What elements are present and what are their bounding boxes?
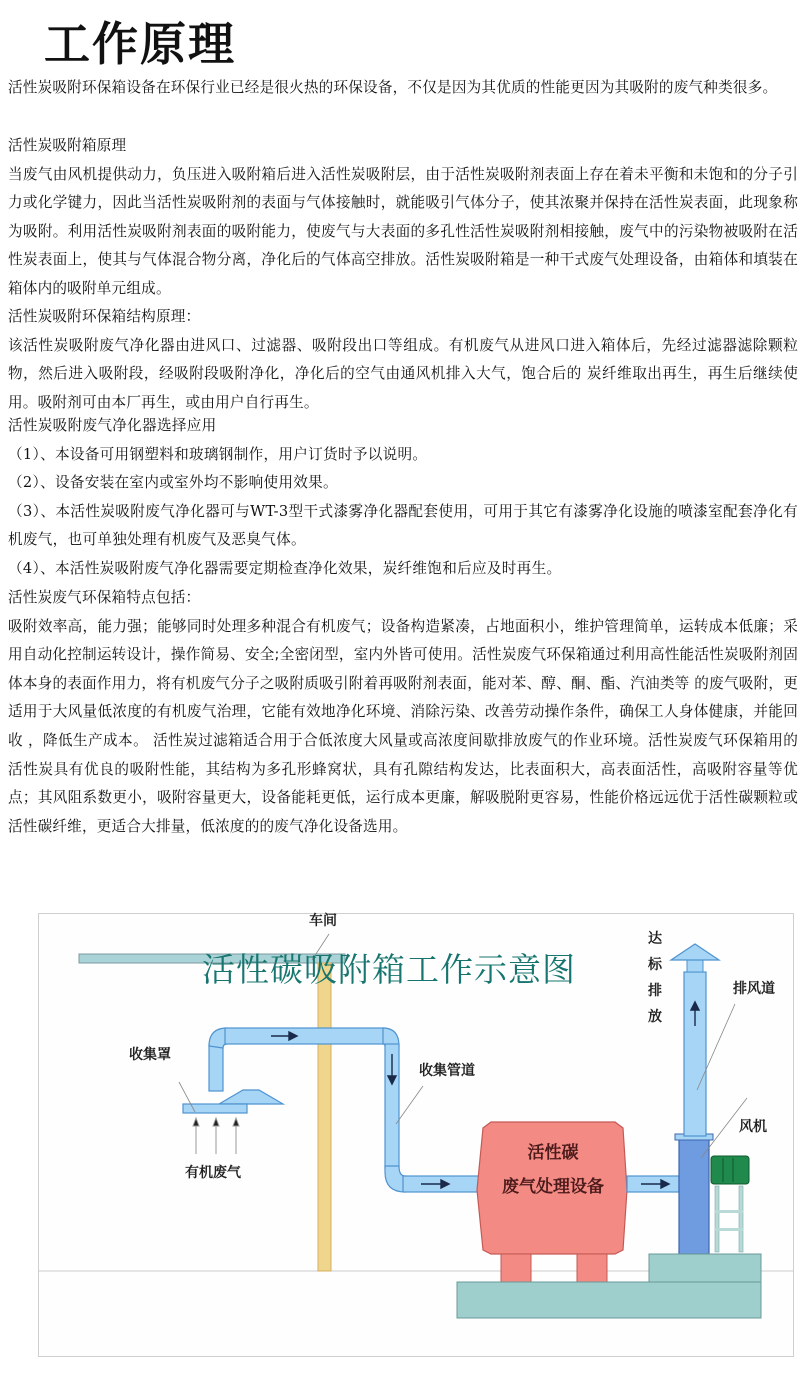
intro-text: 活性炭吸附环保箱设备在环保行业已经是很火热的环保设备，不仅是因为其优质的性能更因…	[8, 74, 798, 103]
discharge-char: 达	[647, 926, 663, 952]
section-body: 该活性炭吸附废气净化器由进风口、过滤器、吸附段出口等组成。有机废气从进风口进入箱…	[8, 332, 798, 418]
list-item: （3）、本活性炭吸附废气净化器可与WT-3型干式漆雾净化器配套使用，可用于其它有…	[8, 498, 798, 555]
label-organic-gas: 有机废气	[185, 1162, 241, 1182]
discharge-char: 放	[647, 1004, 663, 1030]
motor	[711, 1156, 749, 1184]
label-fan: 风机	[739, 1116, 767, 1136]
label-discharge: 达 标 排 放	[647, 926, 663, 1030]
hood-shape	[219, 1090, 283, 1104]
section-body: 吸附效率高，能力强；能够同时处理多种混合有机废气；设备构造紧凑，占地面积小，维护…	[8, 613, 798, 842]
section-heading: 活性炭废气环保箱特点包括：	[8, 584, 798, 613]
ground-slab	[457, 1282, 761, 1318]
label-unit-line2: 废气处理设备	[483, 1172, 623, 1197]
label-unit-line1: 活性碳	[489, 1138, 617, 1163]
wall	[318, 963, 331, 1271]
page-title: 工作原理	[44, 14, 236, 74]
label-exhaust-duct: 排风道	[733, 978, 775, 998]
section-features: 活性炭废气环保箱特点包括： 吸附效率高，能力强；能够同时处理多种混合有机废气；设…	[8, 584, 798, 841]
section-heading: 活性炭吸附废气净化器选择应用	[8, 412, 798, 441]
discharge-char: 排	[647, 978, 663, 1004]
exhaust-stack	[684, 972, 706, 1136]
diagram-title: 活性碳吸附箱工作示意图	[202, 944, 576, 991]
section-heading: 活性炭吸附环保箱结构原理：	[8, 303, 798, 332]
working-diagram: 活性碳吸附箱工作示意图 车间 收集罩 有机废气 收集管道 活性碳 废气处理设备 …	[38, 913, 794, 1357]
section-structure-principle: 活性炭吸附环保箱结构原理： 该活性炭吸附废气净化器由进风口、过滤器、吸附段出口等…	[8, 303, 798, 417]
section-heading: 活性炭吸附箱原理	[8, 132, 798, 161]
section-adsorption-principle: 活性炭吸附箱原理 当废气由风机提供动力，负压进入吸附箱后进入活性炭吸附层，由于活…	[8, 132, 798, 304]
section-body: 当废气由风机提供动力，负压进入吸附箱后进入活性炭吸附层，由于活性炭吸附剂表面上存…	[8, 161, 798, 304]
label-workshop: 车间	[309, 910, 337, 930]
list-item: （2）、设备安装在室内或室外均不影响使用效果。	[8, 469, 798, 498]
label-duct: 收集管道	[419, 1060, 475, 1080]
fan-body	[679, 1138, 709, 1254]
discharge-char: 标	[647, 952, 663, 978]
intro-paragraph: 活性炭吸附环保箱设备在环保行业已经是很火热的环保设备，不仅是因为其优质的性能更因…	[8, 74, 798, 103]
section-application: 活性炭吸附废气净化器选择应用 （1）、本设备可用钢塑料和玻璃钢制作，用户订货时予…	[8, 412, 798, 584]
label-hood: 收集罩	[129, 1044, 171, 1064]
list-item: （4）、本活性炭吸附废气净化器需要定期检查净化效果，炭纤维饱和后应及时再生。	[8, 555, 798, 584]
list-item: （1）、本设备可用钢塑料和玻璃钢制作，用户订货时予以说明。	[8, 441, 798, 470]
